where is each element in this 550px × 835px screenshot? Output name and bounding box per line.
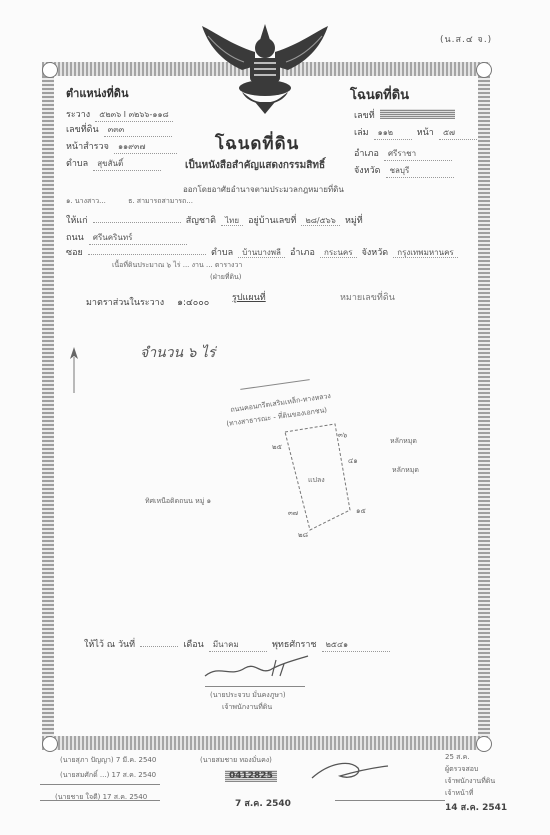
scale-line: มาตราส่วนในระวาง ๑:๔๐๐๐	[86, 290, 209, 309]
document-title: โฉนดที่ดิน	[215, 130, 299, 157]
deed-heading: โฉนดที่ดิน	[350, 84, 409, 105]
stamp-right-line-2: ผู้ตรวจสอบ	[445, 764, 478, 775]
land-number-label: หมายเลขที่ดิน	[340, 290, 395, 304]
stamp-center-name: (นายสมชาย ทองมั่นคง)	[200, 755, 272, 766]
plot-map: ถนนคอนกรีตเสริมเหล็ก-ทางหลวง (ทางสาธารณะ…	[230, 380, 530, 540]
garuda-emblem-icon	[200, 22, 330, 117]
field-subdistrict: ตำบล สุขสันติ์	[66, 151, 161, 171]
document-subtitle: เป็นหนังสือสำคัญแสดงกรรมสิทธิ์	[185, 158, 325, 173]
plot-center-label: แปลง	[308, 475, 325, 486]
stamp-left-line-3: (นายชาย ใจดี) 17 ส.ค. 2540	[55, 792, 147, 803]
decorative-border-bottom	[42, 736, 490, 750]
plot-outline	[230, 380, 530, 540]
stamp-right-date: 14 ส.ค. 2541	[445, 800, 507, 814]
official-position: เจ้าพนักงานที่ดิน	[222, 702, 272, 713]
stamp-right-line-3: เจ้าพนักงานที่ดิน	[445, 776, 495, 787]
official-name: (นายประจวบ มั่นคงภูษา)	[210, 690, 286, 701]
corner-ornament-icon	[42, 62, 58, 78]
stamp-right-line-4: เจ้าหน้าที่	[445, 788, 473, 799]
stamp-center-date: 7 ส.ค. 2540	[235, 796, 291, 810]
corner-ornament-icon	[42, 736, 58, 752]
decorative-border-left	[42, 76, 54, 736]
land-location-heading: ตำแหน่งที่ดิน	[66, 84, 128, 102]
registrar-signature-icon	[310, 758, 390, 784]
issue-date-line: ให้ไว้ ณ วันที่ เดือน มีนาคม พุทธศักราช …	[84, 632, 464, 652]
field-province: จังหวัด ชลบุรี	[354, 158, 454, 178]
area-note: (ฝ่ายที่ดิน)	[210, 272, 242, 283]
field-volume-page: เล่ม ๑๑๒ หน้า ๕๗	[354, 120, 477, 140]
address-line: ซอย ตำบล บ้านบางพลี อำเภอ กระนคร จังหวัด…	[66, 240, 476, 259]
stamp-left-line-1: (นายสุภา ปัญญา) 7 มี.ค. 2540	[60, 755, 156, 766]
stamp-left-line-2: (นายสมศักดิ์ ...) 17 ส.ค. 2540	[60, 770, 156, 781]
area-line: เนื้อที่ดินประมาณ ๖ ไร่ ... งาน ... ตารา…	[112, 260, 242, 271]
stamp-serial: 0412825	[225, 770, 277, 782]
official-signature-icon	[200, 654, 310, 684]
owner-name-line-top: ๑. นางสาว... ธ. สามารถสามารถ...	[66, 196, 193, 207]
map-label: รูปแผนที่	[232, 290, 266, 304]
handwritten-area-note: จำนวน ๖ ไร่	[140, 342, 215, 364]
stamp-right-line-1: 25 ส.ค.	[445, 752, 470, 763]
document-authority-line: ออกโดยอาศัยอำนาจตามประมวลกฎหมายที่ดิน	[183, 183, 344, 196]
redacted-deed-number	[380, 109, 455, 119]
corner-ornament-icon	[476, 62, 492, 78]
north-arrow-icon	[66, 345, 82, 395]
plot-left-label: ทิศเหนือติดถนน หมู่ ๑	[145, 496, 211, 507]
form-code: (น.ส.๔ จ.)	[440, 32, 492, 46]
corner-ornament-icon	[476, 736, 492, 752]
